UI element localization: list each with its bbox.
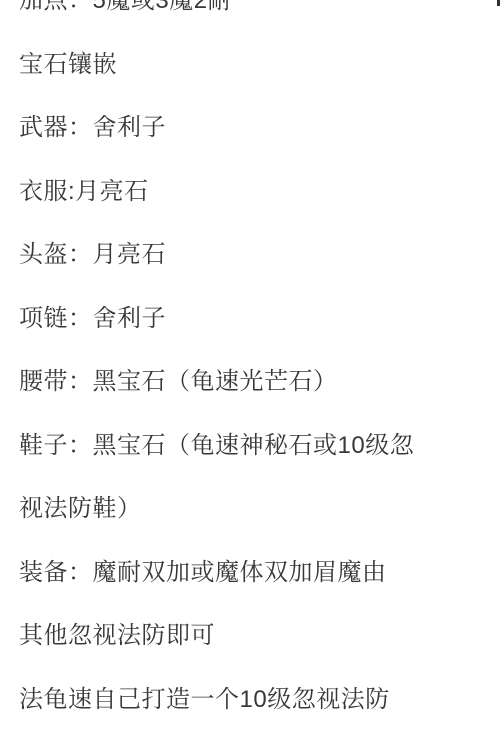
text-line-helmet: 头盔：月亮石: [19, 243, 490, 267]
text-line-weapon: 武器：舍利子: [19, 116, 490, 140]
text-line-other-gear: 其他忽视法防即可: [19, 624, 490, 648]
text-line-shoes-part2: 视法防鞋）: [19, 497, 490, 521]
text-line-shoes-part1: 鞋子：黑宝石（龟速神秘石或10级忽: [19, 434, 490, 458]
cropped-glyph-fragment-left: [0, 0, 1, 9]
text-line-belt: 腰带：黑宝石（龟速光芒石）: [19, 370, 490, 394]
text-line-equipment: 装备：魔耐双加或魔体双加眉魔由: [19, 561, 490, 585]
text-line-stat-allocation: 加点：5魔或3魔2耐: [19, 0, 490, 13]
text-line-gem-section-title: 宝石镶嵌: [19, 53, 490, 77]
article-text-page: 加点：5魔或3魔2耐 宝石镶嵌 武器：舍利子 衣服:月亮石 头盔：月亮石 项链：…: [0, 0, 500, 750]
text-line-clothes: 衣服:月亮石: [19, 180, 490, 204]
text-line-speed-build: 法龟速自己打造一个10级忽视法防: [19, 688, 490, 712]
text-line-necklace: 项链：舍利子: [19, 307, 490, 331]
